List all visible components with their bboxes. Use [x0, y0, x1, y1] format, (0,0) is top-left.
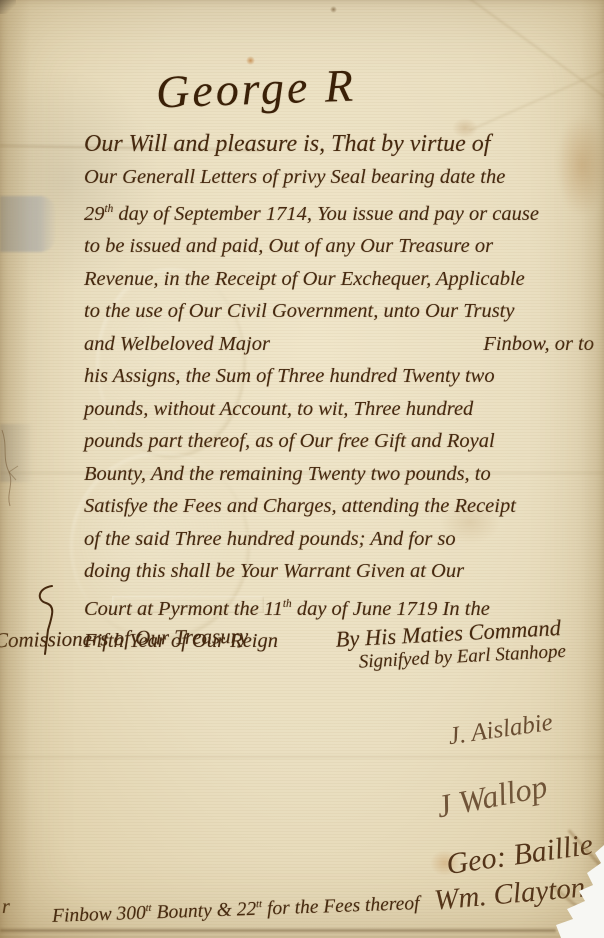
edge-vignette	[0, 0, 604, 938]
corner-shadow	[0, 0, 16, 14]
manuscript-paper: George R Our Will and pleasure is, That …	[0, 0, 604, 938]
scanned-document: George R Our Will and pleasure is, That …	[0, 0, 604, 938]
